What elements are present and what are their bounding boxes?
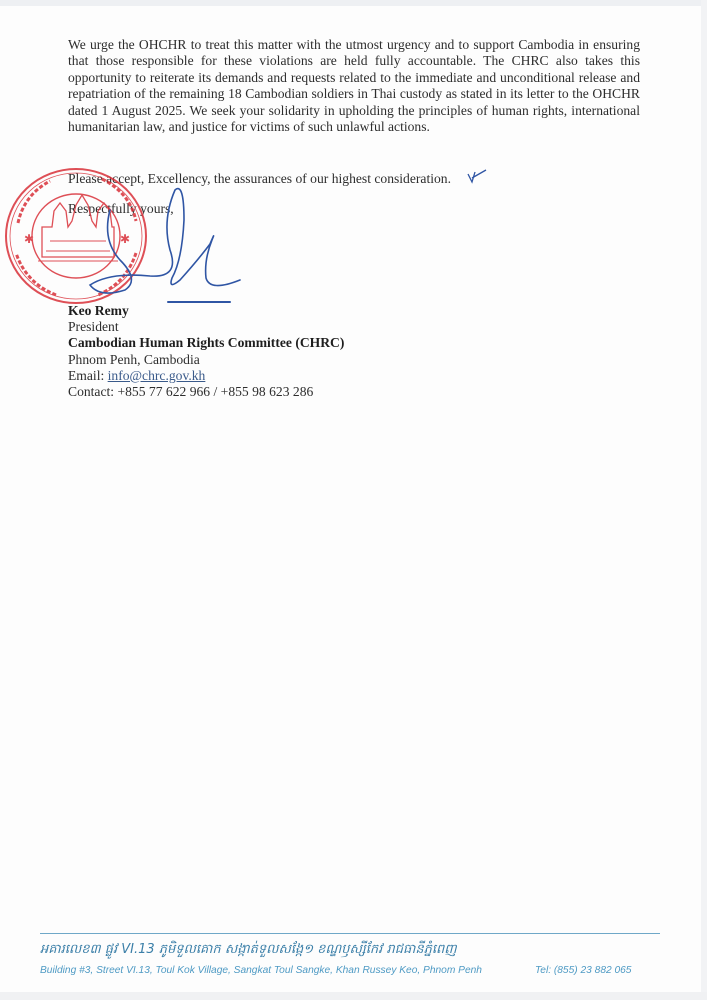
svg-text:✱: ✱ (24, 232, 34, 246)
body-paragraph: We urge the OHCHR to treat this matter w… (68, 37, 640, 135)
signatory-title: President (68, 319, 344, 335)
page-edge (701, 0, 707, 1000)
email-label: Email: (68, 368, 108, 383)
footer-khmer-address: អគារលេខ៣ ផ្លូវ VI.13 ភូមិទួលគោក សង្កាត់ទ… (40, 941, 457, 960)
footer-address: Building #3, Street VI.13, Toul Kok Vill… (40, 965, 482, 976)
signatory-name: Keo Remy (68, 303, 344, 319)
location: Phnom Penh, Cambodia (68, 352, 344, 368)
contact-line: Contact: +855 77 622 966 / +855 98 623 2… (68, 384, 344, 400)
page-edge (0, 992, 707, 1000)
handwritten-signature-icon (80, 180, 260, 310)
organization-name: Cambodian Human Rights Committee (CHRC) (68, 335, 344, 351)
page-edge (0, 0, 707, 6)
footer-telephone: Tel: (855) 23 882 065 (535, 965, 631, 976)
email-line: Email: info@chrc.gov.kh (68, 368, 344, 384)
signature-block: Keo Remy President Cambodian Human Right… (68, 303, 344, 400)
initial-mark-icon (466, 168, 488, 186)
footer-divider (40, 933, 660, 934)
email-link[interactable]: info@chrc.gov.kh (108, 368, 206, 383)
